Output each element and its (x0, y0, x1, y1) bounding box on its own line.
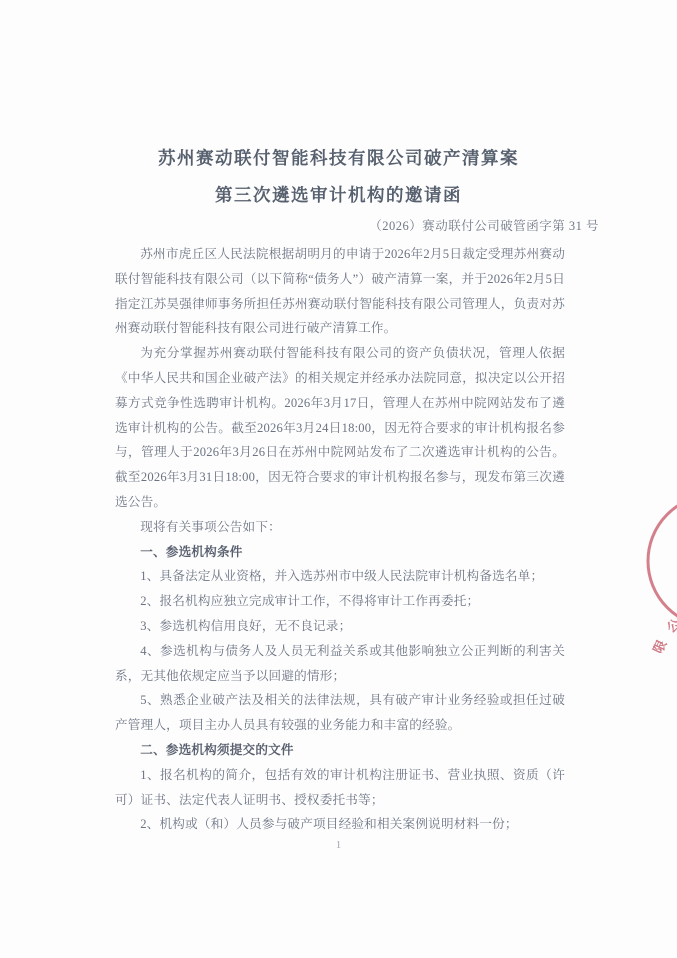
list-item-2-1: 1、报名机构的简介，包括有效的审计机构注册证书、营业执照、资质（许可）证书、法定… (115, 763, 565, 813)
section-heading-1: 一、参选机构条件 (115, 540, 565, 565)
document-title-line1: 苏州赛动联付智能科技有限公司破产清算案 (0, 0, 677, 169)
paragraph-background: 为充分掌握苏州赛动联付智能科技有限公司的资产负债状况，管理人依据《中华人民共和国… (115, 341, 565, 515)
list-item-1-2: 2、报名机构应独立完成审计工作，不得将审计工作再委托； (115, 589, 565, 614)
list-item-2-2: 2、机构或（和）人员参与破产项目经验和相关案例说明材料一份； (115, 812, 565, 837)
paragraph-intro-court: 苏州市虎丘区人民法院根据胡明月的申请于2026年2月5日裁定受理苏州赛动联付智能… (115, 242, 565, 341)
section-heading-2: 二、参选机构须提交的文件 (115, 738, 565, 763)
document-body: 苏州市虎丘区人民法院根据胡明月的申请于2026年2月5日裁定受理苏州赛动联付智能… (0, 242, 677, 837)
document-page: 苏州赛动联付智能科技有限公司破产清算案 第三次遴选审计机构的邀请函 （2026）… (0, 0, 677, 958)
list-item-1-5: 5、熟悉企业破产法及相关的法律法规，具有破产审计业务经验或担任过破产管理人，项目… (115, 688, 565, 738)
list-item-1-4: 4、参选机构与债务人及人员无利益关系或其他影响独立公正判断的利害关系，无其他依规… (115, 639, 565, 689)
document-title-line2: 第三次遴选审计机构的邀请函 (0, 184, 677, 206)
list-item-1-1: 1、具备法定从业资格，并入选苏州市中级人民法院审计机构备选名单； (115, 564, 565, 589)
paragraph-announce-lead: 现将有关事项公告如下： (115, 515, 565, 540)
list-item-1-3: 3、参选机构信用良好，无不良记录； (115, 614, 565, 639)
page-number: 1 (0, 839, 677, 851)
document-number: （2026）赛动联付公司破管函字第 31 号 (0, 218, 677, 234)
